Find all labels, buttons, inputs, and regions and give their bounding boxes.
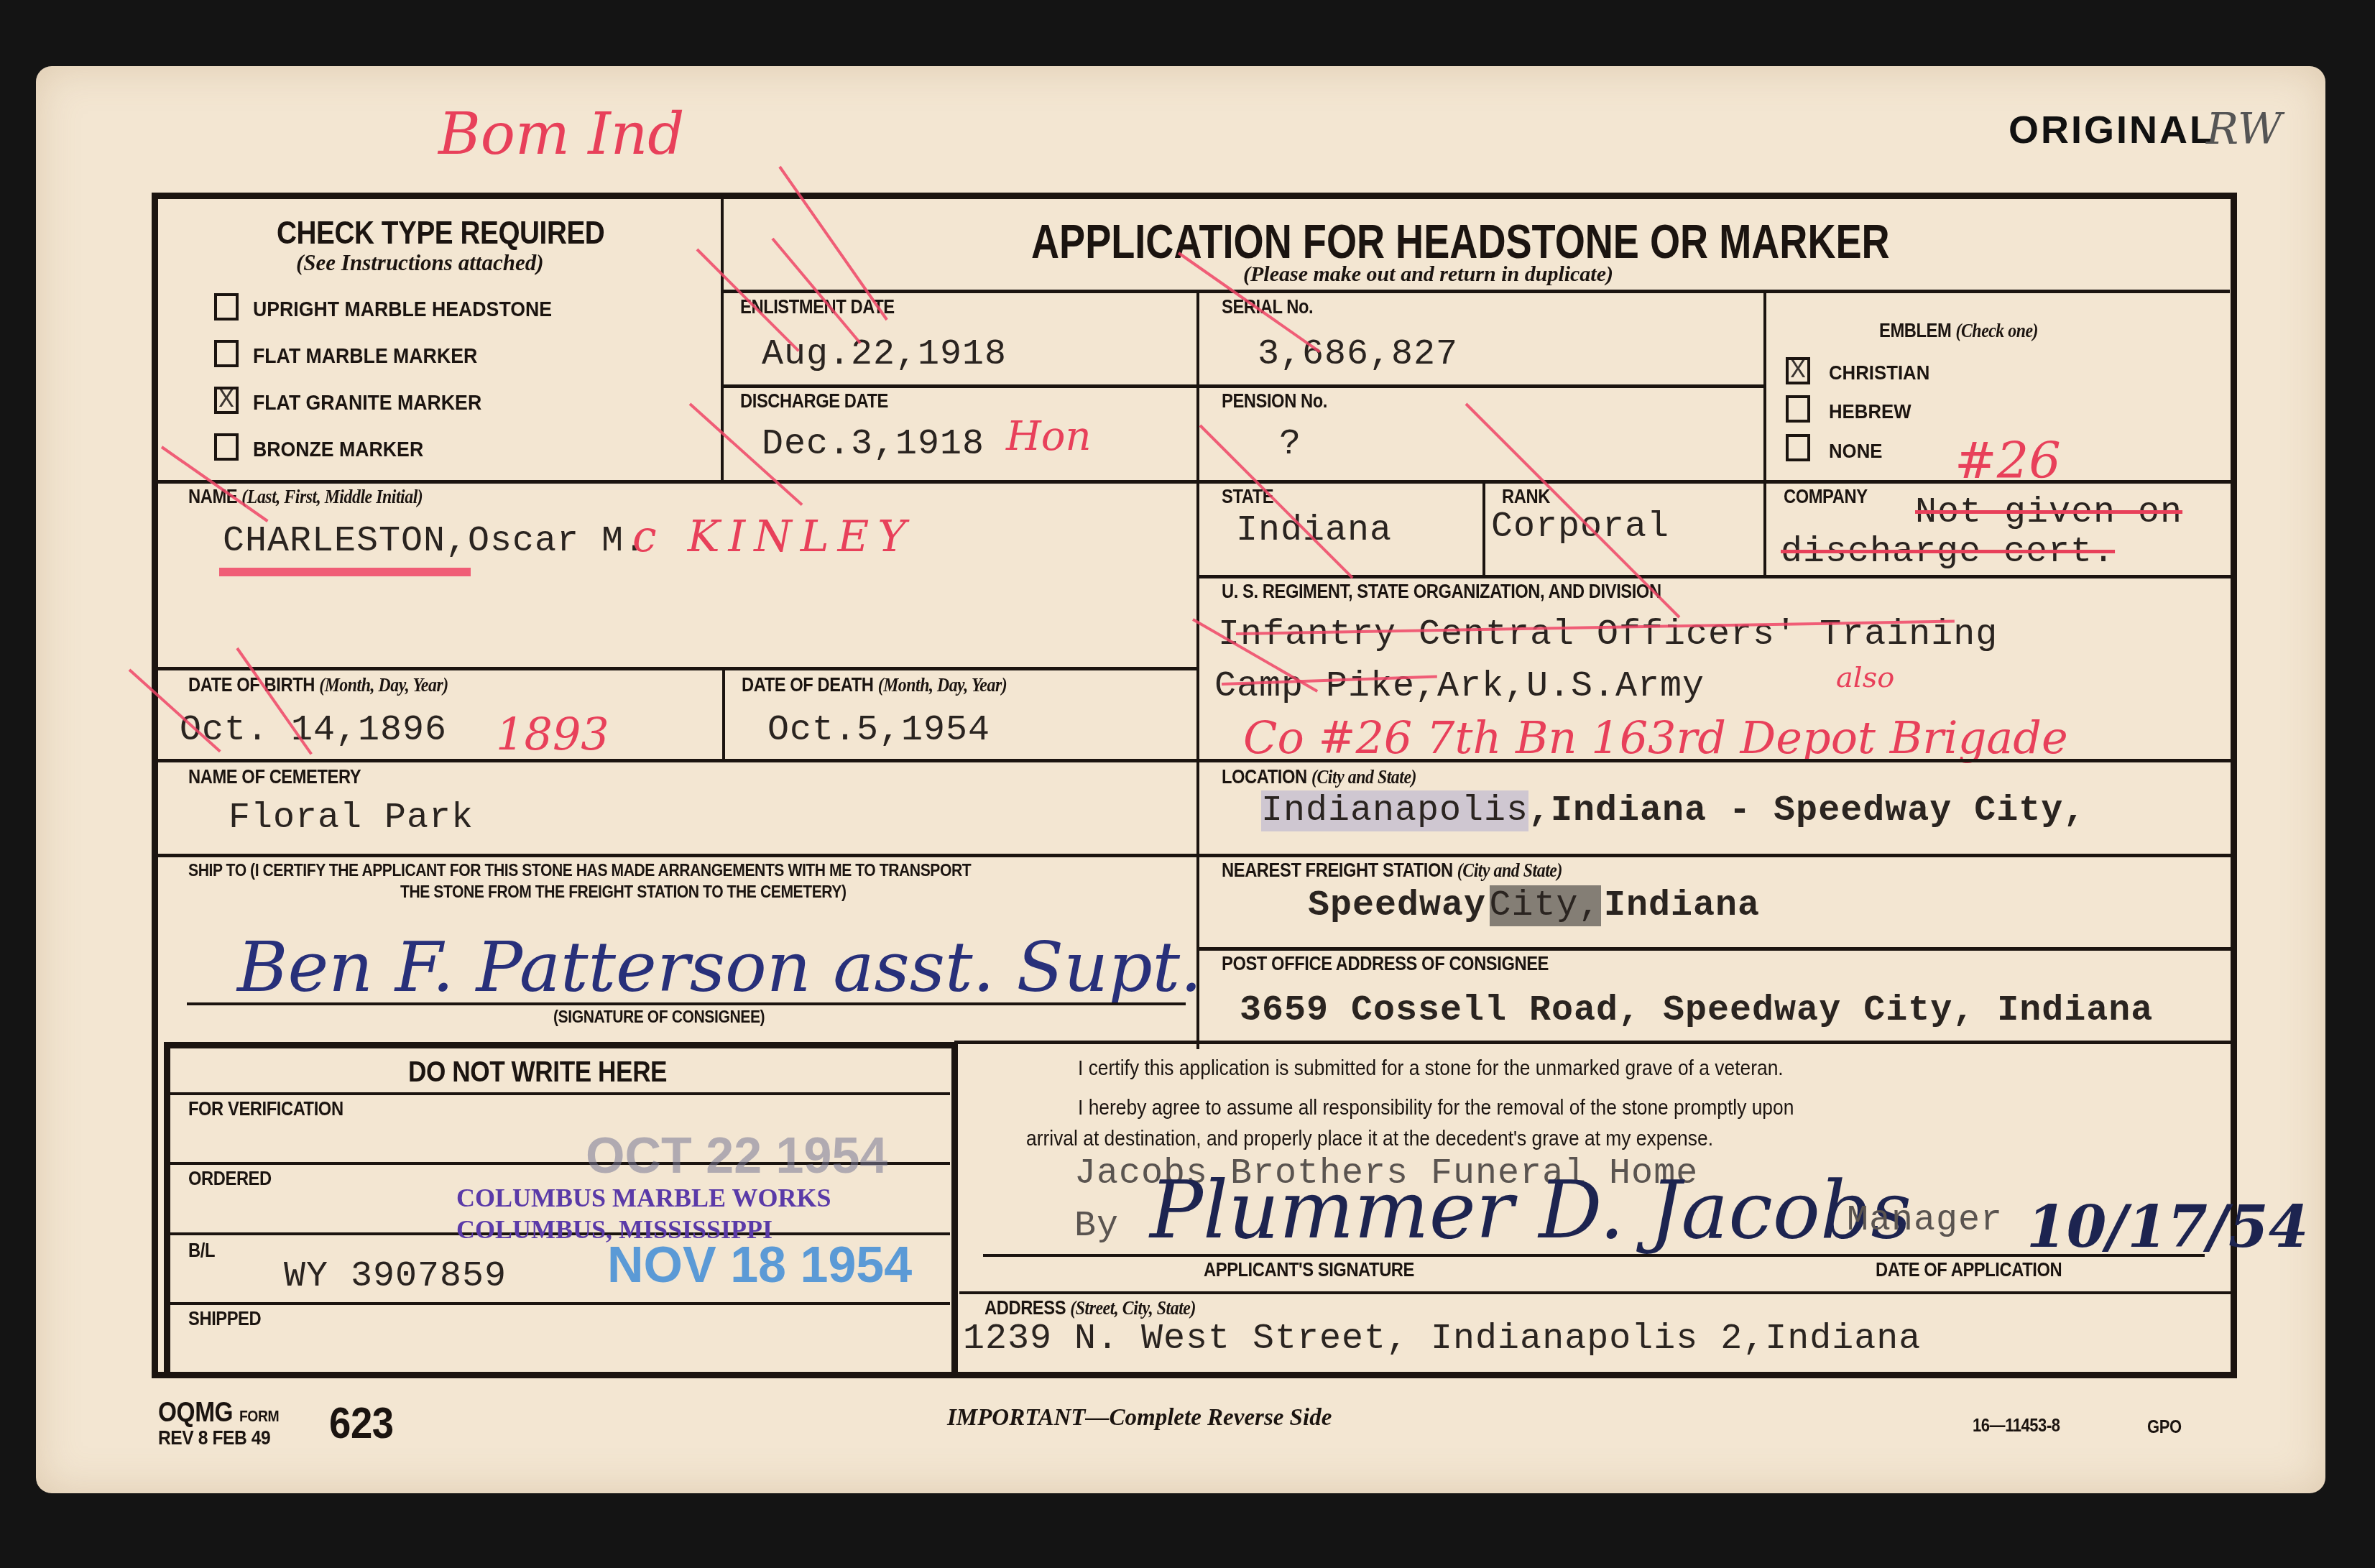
consignee-signature-caption: (SIGNATURE OF CONSIGNEE)	[553, 1007, 765, 1028]
serial-number-value[interactable]: 3,686,827	[1258, 334, 1458, 375]
emblem-none: NONE	[1829, 440, 1882, 463]
emblem-hebrew: HEBREW	[1829, 400, 1911, 423]
option-flat-marble-marker: FLAT MARBLE MARKER	[253, 345, 477, 369]
checkbox-hebrew[interactable]	[1786, 395, 1810, 423]
post-office-address-value[interactable]: 3659 Cossell Road, Speedway City, Indian…	[1240, 990, 2153, 1031]
date-of-birth-label: DATE OF BIRTH (Month, Day, Year)	[188, 674, 448, 696]
ordered-label: ORDERED	[188, 1168, 272, 1190]
bill-of-lading-label: B/L	[188, 1240, 215, 1262]
divider	[721, 290, 2230, 293]
option-upright-marble-headstone: UPRIGHT MARBLE HEADSTONE	[253, 298, 552, 322]
divider	[721, 198, 724, 481]
annotation-middle-name: c KINLEY	[632, 512, 915, 562]
cemetery-label: NAME OF CEMETERY	[188, 766, 361, 788]
cemetery-value[interactable]: Floral Park	[229, 798, 474, 839]
divider	[1763, 291, 1766, 575]
signature-line	[983, 1254, 2205, 1257]
state-value[interactable]: Indiana	[1236, 510, 1392, 551]
applicant-signature-caption: APPLICANT'S SIGNATURE	[1204, 1259, 1414, 1281]
enlistment-date-value[interactable]: Aug.22,1918	[762, 334, 1007, 375]
location-struck-city: Indianapolis	[1261, 790, 1528, 831]
stamp-received-date: OCT 22 1954	[586, 1127, 887, 1184]
date-of-death-value[interactable]: Oct.5,1954	[767, 710, 990, 751]
freight-struck-word: City,	[1490, 885, 1601, 926]
checkbox-flat-granite-marker[interactable]: X	[214, 387, 239, 414]
original-marker: ORIGINAL	[2009, 108, 2215, 152]
checkbox-none[interactable]	[1786, 434, 1810, 461]
print-code: 16—11453-8	[1973, 1416, 2060, 1436]
freight-station-value[interactable]: Speedway City, Indiana	[1308, 885, 1760, 926]
applicant-address-value[interactable]: 1239 N. West Street, Indianapolis 2,Indi…	[963, 1319, 1921, 1360]
date-of-death-label: DATE OF DEATH (Month, Day, Year)	[742, 674, 1007, 696]
annotation-regiment: Co #26 7th Bn 163rd Depot Brigade	[1243, 711, 2068, 764]
checkbox-flat-marble-marker[interactable]	[214, 340, 239, 367]
shipped-label: SHIPPED	[188, 1308, 261, 1330]
certification-line3: arrival at destination, and properly pla…	[1026, 1127, 1713, 1151]
check-type-heading: CHECK TYPE REQUIRED	[277, 216, 604, 252]
location-city-state: ,Indiana - Speedway City,	[1528, 790, 2085, 831]
rank-value[interactable]: Corporal	[1491, 507, 1669, 548]
stamp-shipped-date: NOV 18 1954	[607, 1236, 912, 1293]
by-label: By	[1074, 1206, 1119, 1247]
checkbox-upright-marble-headstone[interactable]	[214, 293, 239, 320]
divider	[170, 1092, 950, 1095]
important-notice: IMPORTANT—Complete Reverse Side	[947, 1405, 1332, 1431]
divider	[1198, 947, 2235, 951]
ship-to-note: THE STONE FROM THE FREIGHT STATION TO TH…	[400, 882, 847, 903]
post-office-address-label: POST OFFICE ADDRESS OF CONSIGNEE	[1222, 953, 1549, 975]
pension-number-value[interactable]: ?	[1279, 424, 1301, 465]
discharge-date-value[interactable]: Dec.3,1918	[762, 424, 984, 465]
date-of-birth-value[interactable]: Oct. 14,1896	[180, 710, 447, 751]
company-value-line1[interactable]: Not given on	[1915, 492, 2182, 533]
regiment-label: U. S. REGIMENT, STATE ORGANIZATION, AND …	[1222, 581, 1661, 603]
bill-of-lading-value[interactable]: WY 3907859	[284, 1256, 507, 1297]
option-bronze-marker: BRONZE MARKER	[253, 438, 423, 462]
certification-line2: I hereby agree to assume all responsibil…	[1078, 1096, 1794, 1120]
check-type-subheading: (See Instructions attached)	[296, 250, 543, 276]
divider	[155, 759, 2235, 762]
divider	[155, 667, 1198, 670]
form-title: APPLICATION FOR HEADSTONE OR MARKER	[1031, 214, 1890, 269]
office-use-heading: DO NOT WRITE HERE	[408, 1056, 667, 1089]
checkbox-bronze-marker[interactable]	[214, 433, 239, 461]
divider	[155, 480, 2235, 484]
company-label: COMPANY	[1784, 486, 1868, 508]
divider	[722, 384, 1764, 388]
annotation-birth-year: 1893	[496, 708, 609, 760]
divider	[155, 854, 2235, 857]
stamp-company-line1: COLUMBUS MARBLE WORKS	[456, 1183, 831, 1213]
applicant-address-label: ADDRESS (Street, City, State)	[984, 1297, 1196, 1319]
rank-label: RANK	[1502, 486, 1550, 508]
consignee-signature[interactable]: Ben F. Patterson asst. Supt.	[237, 927, 1202, 1007]
annotation-honorable: Hon	[1006, 413, 1092, 460]
location-value[interactable]: Indianapolis,Indiana - Speedway City,	[1261, 790, 2085, 831]
form-revision: REV 8 FEB 49	[158, 1426, 270, 1449]
application-date[interactable]: 10/17/54	[2026, 1193, 2308, 1260]
divider	[170, 1302, 950, 1305]
location-label: LOCATION (City and State)	[1222, 766, 1416, 788]
divider	[954, 1041, 2235, 1044]
for-verification-label: FOR VERIFICATION	[188, 1098, 343, 1120]
option-flat-granite-marker: FLAT GRANITE MARKER	[253, 392, 481, 415]
divider	[959, 1291, 2235, 1294]
certification-line1: I certify this application is submitted …	[1078, 1056, 1784, 1081]
applicant-signature[interactable]: Plummer D. Jacobs	[1150, 1164, 1911, 1256]
emblem-christian: CHRISTIAN	[1829, 361, 1929, 384]
emblem-heading: EMBLEM (Check one)	[1879, 320, 2038, 342]
ship-to-label: SHIP TO (I CERTIFY THE APPLICANT FOR THI…	[188, 861, 971, 881]
date-of-application-caption: DATE OF APPLICATION	[1876, 1259, 2062, 1281]
corner-initials: RW	[2206, 104, 2282, 155]
annotation-also: also	[1836, 661, 1894, 694]
discharge-date-label: DISCHARGE DATE	[740, 390, 888, 412]
checkbox-christian[interactable]: X	[1786, 357, 1810, 384]
pension-number-label: PENSION No.	[1222, 390, 1327, 412]
applicant-title[interactable]: Manager	[1847, 1200, 2003, 1241]
divider	[722, 668, 725, 760]
printer-mark: GPO	[2147, 1417, 2182, 1438]
name-value[interactable]: CHARLESTON,Oscar M.	[223, 521, 646, 562]
red-underline	[219, 568, 471, 576]
company-value-line2[interactable]: discharge cert.	[1781, 532, 2115, 573]
annotation-born-ind: Bom Ind	[438, 101, 685, 167]
divider	[1482, 481, 1485, 575]
signature-line	[187, 1002, 1186, 1005]
freight-station-label: NEAREST FREIGHT STATION (City and State)	[1222, 859, 1562, 882]
form-org: OQMG FORM	[158, 1398, 279, 1429]
form-subtitle: (Please make out and return in duplicate…	[1243, 262, 1613, 287]
form-number: 623	[329, 1398, 394, 1449]
